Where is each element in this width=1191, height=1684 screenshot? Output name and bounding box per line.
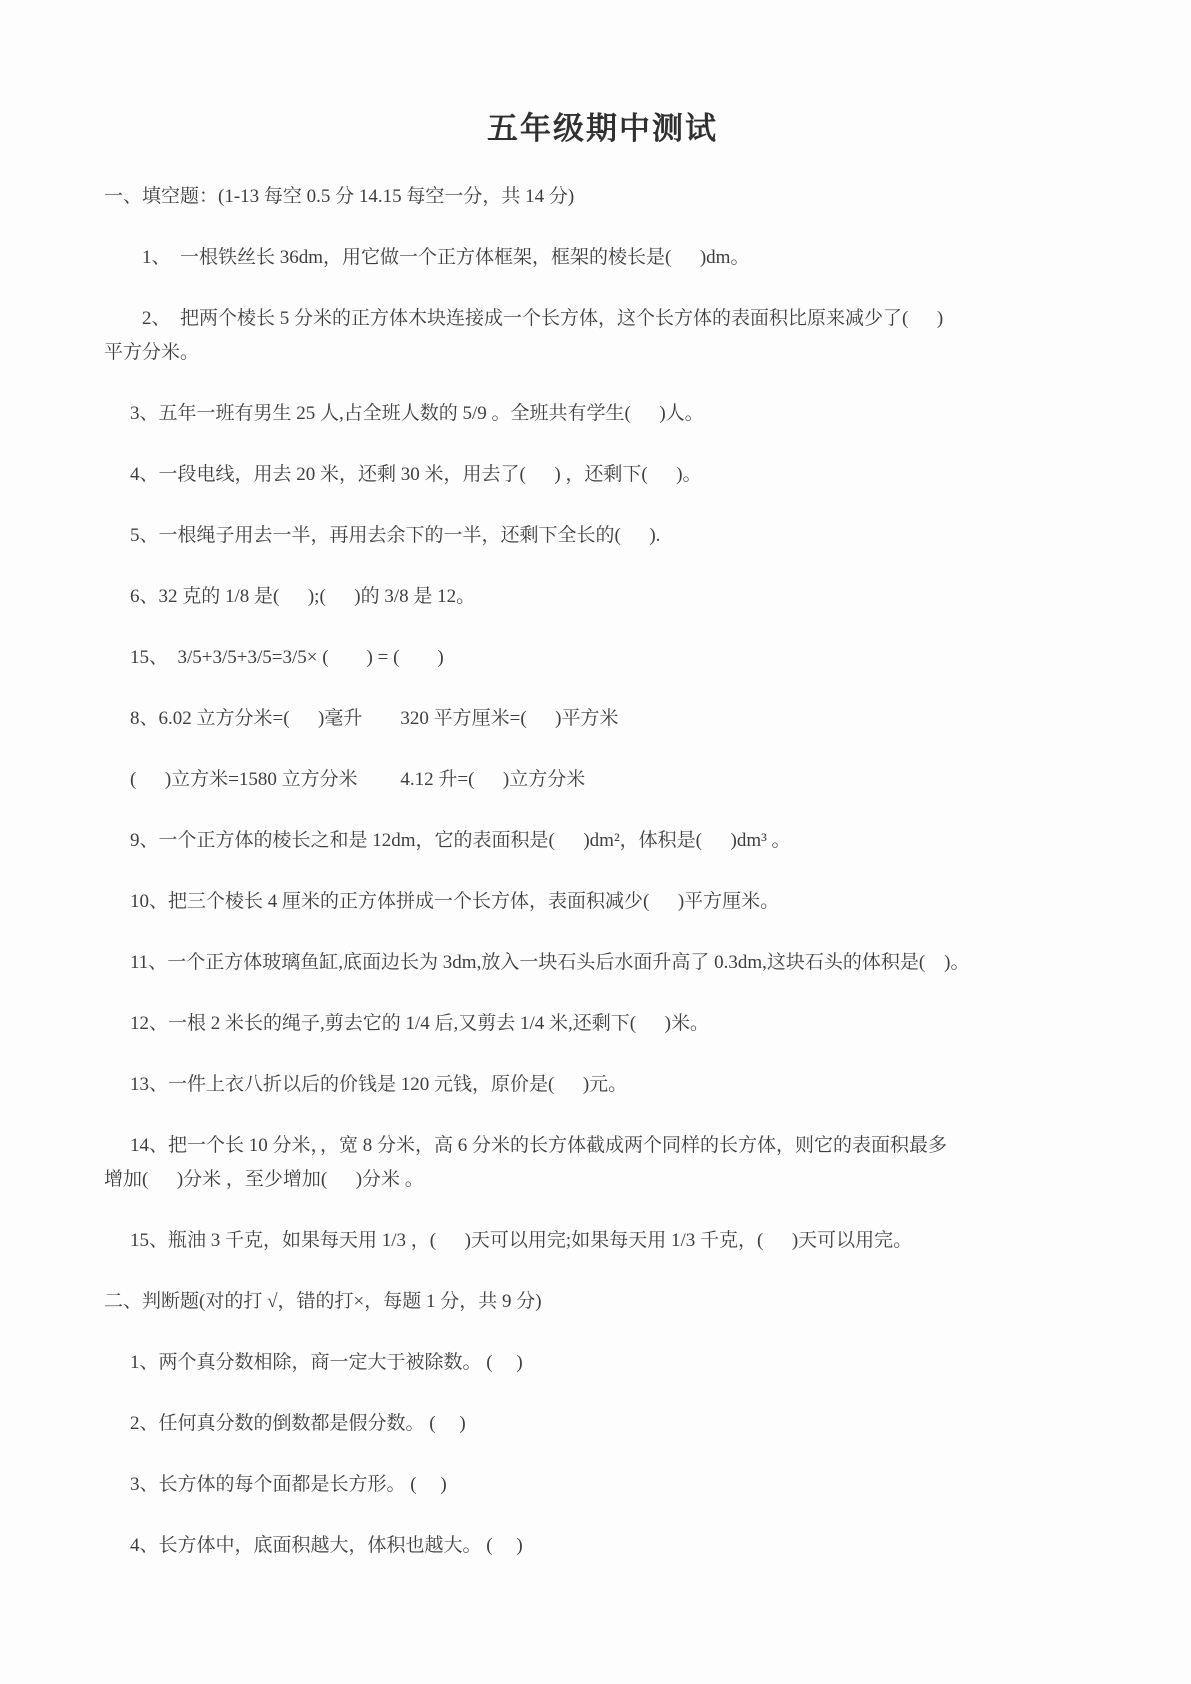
question-line: 9、一个正方体的棱长之和是 12dm，它的表面积是( )dm²，体积是( )dm…: [104, 824, 1101, 858]
question-line-continuation: 增加( )分米 ，至少增加( )分米 。: [104, 1163, 1101, 1197]
fill-section-header: 一、填空题：(1-13 每空 0.5 分 14.15 每空一分，共 14 分): [104, 180, 1101, 214]
question-line: 8、6.02 立方分米=( )毫升 320 平方厘米=( )平方米: [104, 702, 1101, 736]
section-header-text: 二、判断题(对的打 √，错的打×，每题 1 分，共 9 分): [104, 1285, 1101, 1319]
fill-item-13: 13、一件上衣八折以后的价钱是 120 元钱，原价是( )元。: [104, 1068, 1101, 1102]
fill-item-14: 14、把一个长 10 分米，，宽 8 分米，高 6 分米的长方体截成两个同样的长…: [104, 1129, 1101, 1197]
question-line: 1、两个真分数相除，商一定大于被除数。 ( ): [104, 1346, 1101, 1380]
fill-item-8-continuation: ( )立方米=1580 立方分米 4.12 升=( )立方分米: [104, 763, 1101, 797]
test-paper-page: 五年级期中测试 一、填空题：(1-13 每空 0.5 分 14.15 每空一分，…: [0, 0, 1191, 1684]
judge-item-3: 3、长方体的每个面都是长方形。 ( ): [104, 1468, 1101, 1502]
question-line: 1、 一根铁丝长 36dm，用它做一个正方体框架，框架的棱长是( )dm。: [104, 241, 1101, 275]
fill-item-4: 4、一段电线，用去 20 米，还剩 30 米，用去了( ) ，还剩下( )。: [104, 458, 1101, 492]
fill-item-12: 12、一根 2 米长的绳子,剪去它的 1/4 后,又剪去 1/4 米,还剩下( …: [104, 1007, 1101, 1041]
fill-item-10: 10、把三个棱长 4 厘米的正方体拼成一个长方体，表面积减少( )平方厘米。: [104, 885, 1101, 919]
question-line: 2、任何真分数的倒数都是假分数。 ( ): [104, 1407, 1101, 1441]
question-line: 13、一件上衣八折以后的价钱是 120 元钱，原价是( )元。: [104, 1068, 1101, 1102]
question-line: 12、一根 2 米长的绳子,剪去它的 1/4 后,又剪去 1/4 米,还剩下( …: [104, 1007, 1101, 1041]
fill-item-6: 6、32 克的 1/8 是( );( )的 3/8 是 12。: [104, 580, 1101, 614]
question-line: 15、瓶油 3 千克，如果每天用 1/3 ，( )天可以用完;如果每天用 1/3…: [104, 1224, 1101, 1258]
question-line: 5、一根绳子用去一半，再用去余下的一半，还剩下全长的( ).: [104, 519, 1101, 553]
question-line: 3、五年一班有男生 25 人,占全班人数的 5/9 。全班共有学生( )人。: [104, 397, 1101, 431]
fill-item-8: 8、6.02 立方分米=( )毫升 320 平方厘米=( )平方米: [104, 702, 1101, 736]
question-line: 10、把三个棱长 4 厘米的正方体拼成一个长方体，表面积减少( )平方厘米。: [104, 885, 1101, 919]
judge-section-header: 二、判断题(对的打 √，错的打×，每题 1 分，共 9 分): [104, 1285, 1101, 1319]
question-line-continuation: 平方分米。: [104, 336, 1101, 370]
fill-item-2: 2、 把两个棱长 5 分米的正方体木块连接成一个长方体，这个长方体的表面积比原来…: [104, 302, 1101, 370]
question-line: 3、长方体的每个面都是长方形。 ( ): [104, 1468, 1101, 1502]
fill-item-15a: 15、 3/5+3/5+3/5=3/5× ( ) = ( ): [104, 641, 1101, 675]
question-line: 6、32 克的 1/8 是( );( )的 3/8 是 12。: [104, 580, 1101, 614]
question-line: 11、一个正方体玻璃鱼缸,底面边长为 3dm,放入一块石头后水面升高了 0.3d…: [104, 946, 1101, 980]
page-title: 五年级期中测试: [104, 106, 1101, 152]
question-line: 4、一段电线，用去 20 米，还剩 30 米，用去了( ) ，还剩下( )。: [104, 458, 1101, 492]
fill-item-3: 3、五年一班有男生 25 人,占全班人数的 5/9 。全班共有学生( )人。: [104, 397, 1101, 431]
question-line: 15、 3/5+3/5+3/5=3/5× ( ) = ( ): [104, 641, 1101, 675]
fill-item-5: 5、一根绳子用去一半，再用去余下的一半，还剩下全长的( ).: [104, 519, 1101, 553]
judge-item-1: 1、两个真分数相除，商一定大于被除数。 ( ): [104, 1346, 1101, 1380]
fill-item-1: 1、 一根铁丝长 36dm，用它做一个正方体框架，框架的棱长是( )dm。: [104, 241, 1101, 275]
judge-item-4: 4、长方体中，底面积越大，体积也越大。 ( ): [104, 1529, 1101, 1563]
question-line: ( )立方米=1580 立方分米 4.12 升=( )立方分米: [104, 763, 1101, 797]
question-line: 14、把一个长 10 分米，，宽 8 分米，高 6 分米的长方体截成两个同样的长…: [104, 1129, 1101, 1163]
section-header-text: 一、填空题：(1-13 每空 0.5 分 14.15 每空一分，共 14 分): [104, 180, 1101, 214]
question-line: 2、 把两个棱长 5 分米的正方体木块连接成一个长方体，这个长方体的表面积比原来…: [104, 302, 1101, 336]
fill-item-15b: 15、瓶油 3 千克，如果每天用 1/3 ，( )天可以用完;如果每天用 1/3…: [104, 1224, 1101, 1258]
question-line: 4、长方体中，底面积越大，体积也越大。 ( ): [104, 1529, 1101, 1563]
judge-item-2: 2、任何真分数的倒数都是假分数。 ( ): [104, 1407, 1101, 1441]
fill-item-11: 11、一个正方体玻璃鱼缸,底面边长为 3dm,放入一块石头后水面升高了 0.3d…: [104, 946, 1101, 980]
fill-item-9: 9、一个正方体的棱长之和是 12dm，它的表面积是( )dm²，体积是( )dm…: [104, 824, 1101, 858]
